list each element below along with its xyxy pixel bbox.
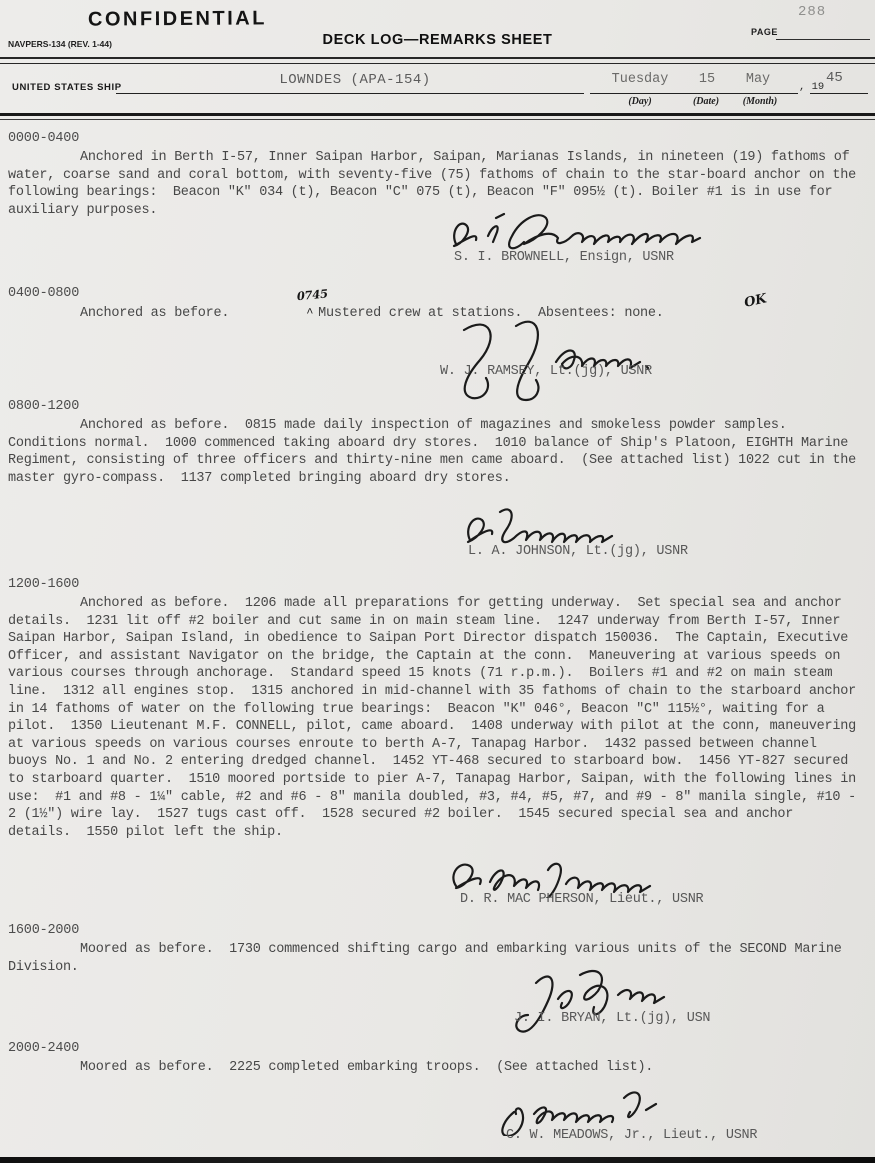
log-entry-0000-0400: 0000-0400 Anchored in Berth I-57, Inner … <box>8 131 862 219</box>
deck-log-page: CONFIDENTIAL 288 PAGE NAVPERS-134 (REV. … <box>0 0 875 1163</box>
signature-block-brownell: S. I. BROWNELL, Ensign, USNR <box>440 208 750 265</box>
entry-remarks: Anchored as before. 0815 made daily insp… <box>8 417 862 487</box>
header-thin-rule <box>0 119 875 120</box>
signature-block-macpherson: D. R. MAC PHERSON, Lieut., USNR <box>440 852 740 907</box>
signature-ramsey-handwriting <box>430 314 740 402</box>
entry-remarks: Anchored as before. 1206 made all prepar… <box>8 595 862 841</box>
watch-period-label: 1600-2000 <box>8 923 862 939</box>
entry-remarks: Moored as before. 2225 completed embarki… <box>8 1059 862 1077</box>
log-entry-2000-2400: 2000-2400 Moored as before. 2225 complet… <box>8 1041 862 1077</box>
log-entry-1200-1600: 1200-1600 Anchored as before. 1206 made … <box>8 577 862 841</box>
signature-brownell-handwriting <box>440 208 750 254</box>
signature-typed-name: C. W. MEADOWS, Jr., Lieut., USNR <box>506 1128 770 1143</box>
signature-bryan-handwriting <box>500 965 760 1037</box>
signature-typed-name: J. I. BRYAN, Lt.(jg), USN <box>514 1011 760 1026</box>
date-caption: (Date) <box>676 96 736 107</box>
header-double-rule <box>0 57 875 64</box>
classification-stamp: CONFIDENTIAL <box>88 7 267 31</box>
caret-mark: ^ <box>306 306 313 320</box>
log-date: 15 <box>690 72 724 87</box>
ship-name: LOWNDES (APA-154) <box>130 72 580 88</box>
ship-name-line <box>116 93 584 94</box>
log-year: 45 <box>826 70 843 86</box>
watch-period-label: 2000-2400 <box>8 1041 862 1057</box>
log-day: Tuesday <box>598 72 682 87</box>
log-entry-0800-1200: 0800-1200 Anchored as before. 0815 made … <box>8 399 862 487</box>
signature-typed-name: D. R. MAC PHERSON, Lieut., USNR <box>460 892 740 907</box>
date-line <box>590 93 798 94</box>
watch-period-label: 0000-0400 <box>8 131 862 147</box>
page-number: 288 <box>798 4 826 20</box>
signature-block-bryan: J. I. BRYAN, Lt.(jg), USN <box>500 965 760 1026</box>
day-caption: (Day) <box>598 96 682 107</box>
signature-typed-name: S. I. BROWNELL, Ensign, USNR <box>454 250 750 265</box>
ship-label: UNITED STATES SHIP <box>12 82 122 93</box>
header-thick-rule <box>0 113 875 116</box>
signature-typed-name: W. J. RAMSEY, Lt.(jg), USNR <box>440 364 740 379</box>
month-caption: (Month) <box>728 96 792 107</box>
signature-block-johnson: L. A. JOHNSON, Lt.(jg), USNR <box>450 500 710 559</box>
year-line <box>810 93 868 94</box>
watch-period-label: 1200-1600 <box>8 577 862 593</box>
year-prefix: , 19 <box>799 81 824 93</box>
remarks-text-before: Anchored as before. <box>80 306 229 321</box>
sheet-title: DECK LOG—REMARKS SHEET <box>0 32 875 48</box>
signature-block-meadows: C. W. MEADOWS, Jr., Lieut., USNR <box>490 1082 770 1143</box>
signature-typed-name: L. A. JOHNSON, Lt.(jg), USNR <box>468 544 710 559</box>
log-month: May <box>732 72 784 87</box>
scan-bottom-edge <box>0 1157 875 1163</box>
signature-johnson-handwriting <box>450 500 710 550</box>
signature-block-ramsey: W. J. RAMSEY, Lt.(jg), USNR <box>430 314 740 379</box>
inserted-time-annotation: 0745^ <box>229 305 318 323</box>
